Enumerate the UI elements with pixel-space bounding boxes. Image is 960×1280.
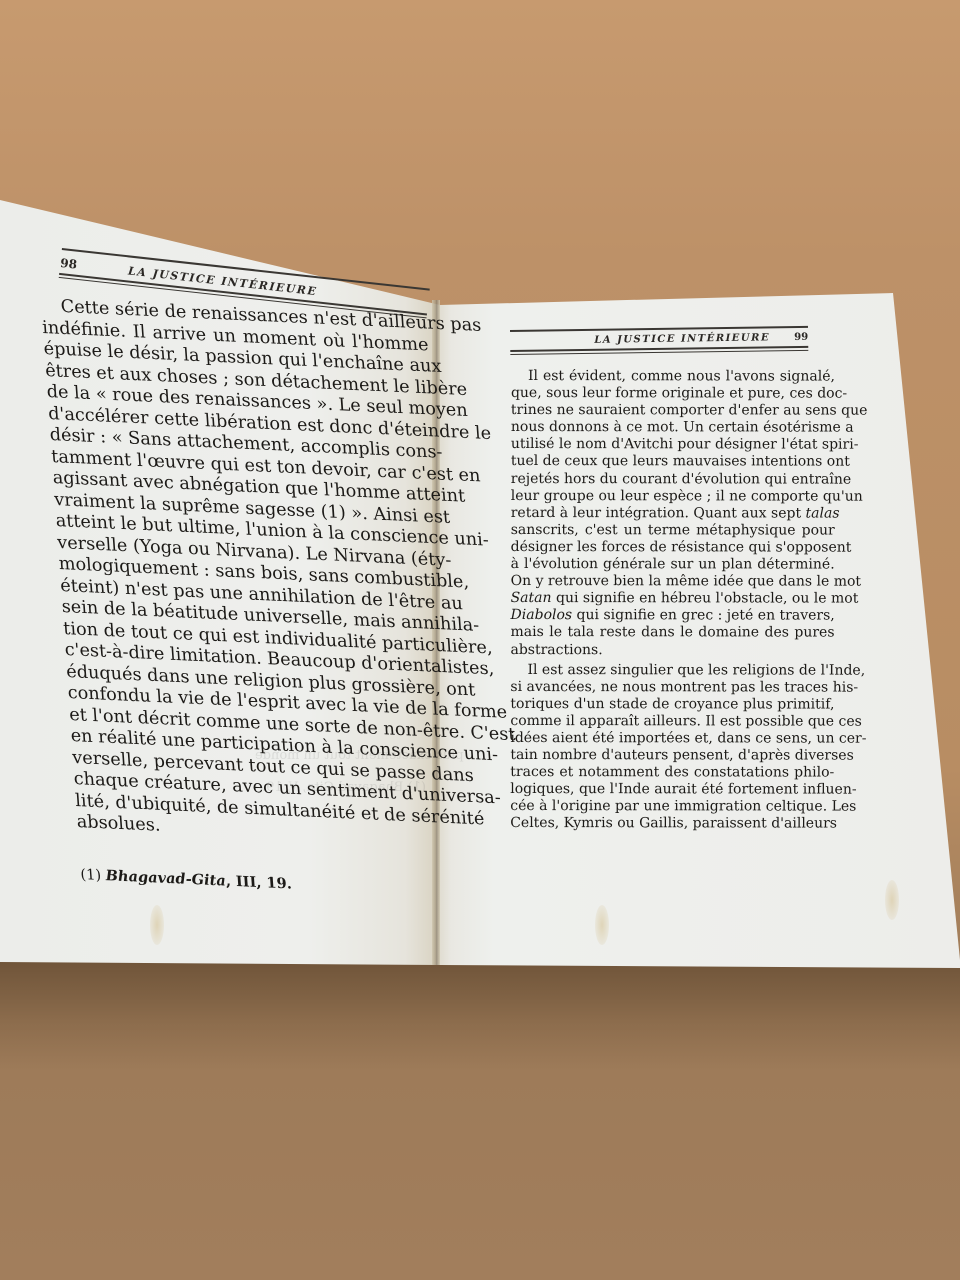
text-line: tain nombre d'auteurs pensent, d'après d… <box>510 747 834 765</box>
text-line: si avancées, ne nous montrent pas les tr… <box>510 679 834 697</box>
paper-stain <box>885 880 899 920</box>
text-line: Diabolos qui signifie en grec : jeté en … <box>511 607 835 625</box>
text-line: Satan qui signifie en hébreu l'obstacle,… <box>511 590 835 608</box>
text-line: traces et notamment des constatations ph… <box>510 764 834 782</box>
text-line: idées aient été importées et, dans ce se… <box>510 730 834 748</box>
page-number-left: 98 <box>60 256 78 272</box>
text-line: cée à l'origine par une immigration celt… <box>510 798 834 816</box>
text-line: tuel de ceux que leurs mauvaises intenti… <box>511 453 835 471</box>
text-line: sanscrits, c'est un terme métaphysique p… <box>511 522 835 540</box>
running-head-title-right: LA JUSTICE INTÉRIEURE <box>594 332 770 345</box>
text-line: nous donnons à ce mot. Un certain ésotér… <box>511 419 835 437</box>
text-line: Celtes, Kymris ou Gaillis, paraissent d'… <box>510 815 834 833</box>
footnote-reference: , III, 19. <box>225 872 292 892</box>
text-line: leur groupe ou leur espèce ; il ne compo… <box>511 488 835 506</box>
table-surface-shadow <box>0 960 960 1070</box>
text-line: rejetés hors du courant d'évolution qui … <box>511 471 835 489</box>
text-line: toriques d'un stade de croyance plus pri… <box>510 696 834 714</box>
text-line: désigner les forces de résistance qui s'… <box>511 539 835 557</box>
text-line: que, sous leur forme originale et pure, … <box>511 385 835 403</box>
text-line: On y retrouve bien la même idée que dans… <box>511 573 835 591</box>
text-line: retard à leur intégration. Quant aux sep… <box>511 505 835 523</box>
page-number-right: 99 <box>794 332 808 343</box>
text-line: mais le tala reste dans le domaine des p… <box>511 624 835 642</box>
text-line: Il est évident, comme nous l'avons signa… <box>511 368 835 386</box>
text-line: logiques, que l'Inde aurait été fortemen… <box>510 781 834 799</box>
paper-stain <box>150 905 164 945</box>
text-line: abstractions. <box>510 641 834 659</box>
right-running-header: LA JUSTICE INTÉRIEURE 99 <box>510 326 808 355</box>
paragraph: Il est évident, comme nous l'avons signa… <box>510 368 835 659</box>
left-page-body: Cette série de renaissances n'est d'aill… <box>40 296 467 903</box>
text-line: utilisé le nom d'Avitchi pour désigner l… <box>511 436 835 454</box>
text-line: Il est assez singulier que les religions… <box>510 662 834 680</box>
paragraph: Il est assez singulier que les religions… <box>510 662 834 834</box>
footnote-title: Bhagavad-Gita <box>105 867 226 889</box>
paper-stain <box>595 905 609 945</box>
text-line: comme il apparaît ailleurs. Il est possi… <box>510 713 834 731</box>
text-line: trines ne sauraient comporter d'enfer au… <box>511 402 835 420</box>
footnote-marker: (1) <box>80 867 102 884</box>
right-page-body: Il est évident, comme nous l'avons signa… <box>510 368 835 833</box>
text-line: à l'évolution générale sur un plan déter… <box>511 556 835 574</box>
